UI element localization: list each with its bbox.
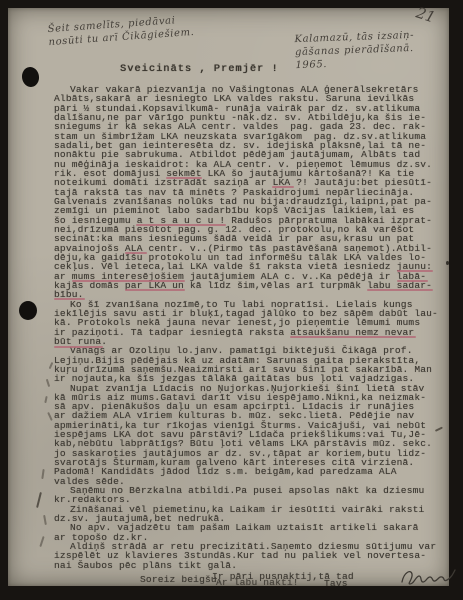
letter-paper: Šeit samelīts, piedāvai nosūti tu arī Či… <box>8 8 449 586</box>
paragraph-2: Ko šī zvanīšana nozīmē,to Tu labi noprat… <box>54 300 444 347</box>
page-number: 21 <box>414 6 436 24</box>
underline-mark <box>290 336 416 338</box>
underline-mark <box>136 224 226 226</box>
paragraph-8: Aldiņš strādā ar retu precizitāti.Saņemt… <box>54 542 444 570</box>
scanned-letter-page: Šeit samelīts, piedāvai nosūti tu arī Či… <box>0 0 463 600</box>
underline-mark <box>272 186 294 188</box>
margin-pencil-mark <box>43 515 46 525</box>
underline-mark <box>125 289 185 291</box>
closing-overtype-line: Ar labu nakti! <box>216 577 299 588</box>
closing-line: Soreiz beigšu. <box>140 574 223 585</box>
margin-pencil-mark <box>47 412 52 421</box>
underline-mark <box>397 280 428 282</box>
paragraph-5: Saņēmu no Bērzkalna atbildi.Pa pusei aps… <box>54 486 444 505</box>
underline-mark <box>72 280 185 282</box>
paragraph-1: Vakar vakarā piezvanīja no Vašingtonas A… <box>54 85 444 300</box>
letter-body: Vakar vakarā piezvanīja no Vašingtonas A… <box>54 85 444 570</box>
punch-hole <box>19 301 37 320</box>
signoff: Tavs <box>324 578 348 589</box>
margin-pencil-mark <box>49 362 53 369</box>
margin-pencil-mark <box>46 379 50 387</box>
underline-mark <box>125 252 147 254</box>
scan-speck <box>188 126 190 128</box>
scan-speck <box>446 261 449 265</box>
handwritten-note-top-left: Šeit samelīts, piedāvai nosūti tu arī Či… <box>47 13 195 49</box>
punch-hole <box>21 66 41 88</box>
paragraph-6: Zināšanai vēl piemetinu,ka Laikam ir ies… <box>54 505 444 524</box>
paragraph-4: Nupat zvanīja Līdacis no Ņujorkas.Ņujork… <box>54 384 444 487</box>
signature-scribble <box>399 564 457 592</box>
paragraph-3: Vanags ar Ozoliņu lo.janv. pamatīgi bikt… <box>54 346 444 383</box>
underline-mark <box>367 289 433 291</box>
underline-mark <box>166 177 202 179</box>
margin-pencil-mark <box>36 492 42 508</box>
underline-mark <box>54 298 85 300</box>
margin-pencil-mark <box>39 536 44 547</box>
margin-pencil-mark <box>44 396 47 403</box>
margin-pencil-mark <box>41 469 44 479</box>
underline-mark <box>397 270 433 272</box>
paragraph-7: No apv. vajadzētu tam pašam Laikam uztai… <box>54 523 444 542</box>
salutation: Sveicināts , Premjēr ! <box>120 64 279 75</box>
handwritten-note-top-right: Kalamazū, tās izsaiņ- gāšanas pierādīšan… <box>294 29 415 72</box>
underline-mark <box>54 346 103 348</box>
